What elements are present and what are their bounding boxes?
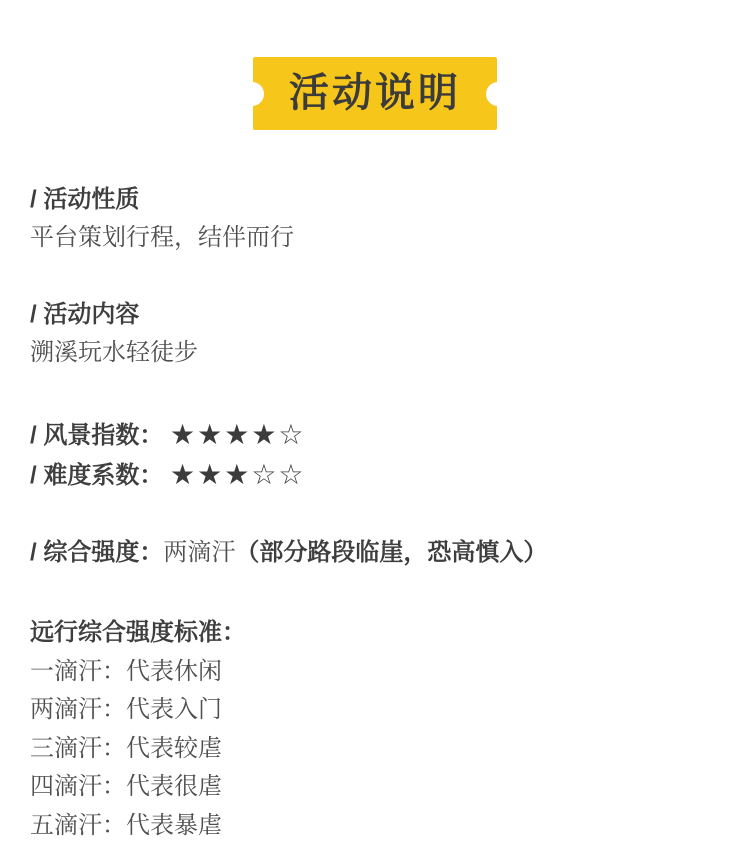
scale-level-1: 一滴汗：代表休闲: [30, 653, 720, 692]
section-heading: / 活动内容: [30, 296, 720, 334]
overall-intensity-block: / 综合强度：两滴汗（部分路段临崖，恐高慎入）: [30, 534, 720, 572]
ticket-notch-left-icon: [240, 82, 264, 106]
ticket-notch-right-icon: [486, 82, 510, 106]
section-activity-content: / 活动内容 溯溪玩水轻徒步: [30, 296, 720, 372]
rating-label: / 难度系数：: [30, 462, 163, 489]
badge-row: 活动说明: [30, 0, 720, 130]
intensity-scale-block: 远行综合强度标准： 一滴汗：代表休闲 两滴汗：代表入门 三滴汗：代表较虐 四滴汗…: [30, 614, 720, 846]
rating-difficulty-index: / 难度系数： ★★★☆☆: [30, 455, 720, 495]
scale-level-4: 四滴汗：代表很虐: [30, 768, 720, 807]
scale-level-2: 两滴汗：代表入门: [30, 691, 720, 730]
section-body: 溯溪玩水轻徒步: [30, 334, 720, 372]
intensity-label: / 综合强度：: [30, 539, 163, 566]
badge-title: 活动说明: [289, 71, 461, 115]
intensity-note: （部分路段临崖，恐高慎入）: [235, 539, 547, 566]
intensity-value: 两滴汗: [163, 539, 235, 566]
scale-level-5: 五滴汗：代表暴虐: [30, 807, 720, 846]
star-rating-icons: ★★★★☆: [170, 419, 306, 450]
scale-title: 远行综合强度标准：: [30, 614, 720, 653]
rating-label: / 风景指数：: [30, 422, 163, 449]
section-heading: / 活动性质: [30, 181, 720, 219]
star-rating-icons: ★★★☆☆: [170, 459, 306, 490]
section-activity-nature: / 活动性质 平台策划行程，结伴而行: [30, 181, 720, 257]
overall-intensity-line: / 综合强度：两滴汗（部分路段临崖，恐高慎入）: [30, 534, 720, 572]
activity-description-ticket-badge: 活动说明: [253, 57, 497, 130]
scale-level-3: 三滴汗：代表较虐: [30, 730, 720, 769]
section-body: 平台策划行程，结伴而行: [30, 219, 720, 257]
rating-scenery-index: / 风景指数： ★★★★☆: [30, 415, 720, 455]
activity-description-page: 活动说明 / 活动性质 平台策划行程，结伴而行 / 活动内容 溯溪玩水轻徒步 /…: [0, 0, 750, 858]
ratings-block: / 风景指数： ★★★★☆ / 难度系数： ★★★☆☆: [30, 415, 720, 495]
